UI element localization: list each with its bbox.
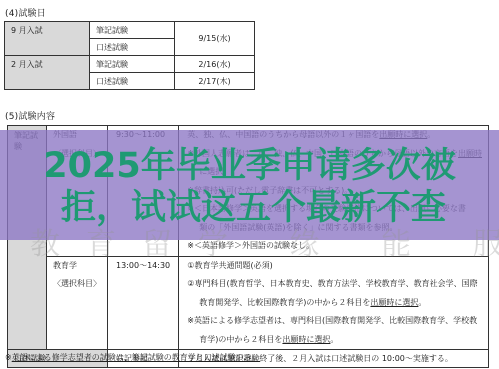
- detail-line: 教育開発学、比較国際教育学)の中から２科目を出願時に選択。: [187, 294, 482, 313]
- detail-cell: ①教育学共通問題(必須) ②専門科目(教育哲学、日本教育史、教育方法学、学校教育…: [179, 256, 489, 350]
- table-row-education: 教育学 〈選択科目〉 13:00～14:30 ①教育学共通問題(必須) ②専門科…: [8, 256, 489, 350]
- date-cell: 9/15(水): [175, 22, 255, 56]
- exam-type-cell: 口述試験: [90, 73, 175, 90]
- date-cell: 2/17(木): [175, 73, 255, 90]
- table-row: 2 月入試 筆記試験 2/16(水): [5, 56, 255, 73]
- section-5-title: (5)試験内容: [5, 109, 55, 122]
- date-cell: 2/16(水): [175, 56, 255, 73]
- session-cell: 2 月入試: [5, 56, 90, 90]
- table-row: 9 月入試 筆記試験 9/15(水): [5, 22, 255, 39]
- exam-type-cell: 口述試験: [90, 39, 175, 56]
- subject-sub: 〈選択科目〉: [53, 275, 101, 294]
- footnote-mark: ※: [5, 353, 12, 362]
- footnote: ※英語による修学志望者の試験は、筆記試験の教育学と口述試験のみ。: [5, 352, 260, 363]
- detail-line: ※英語による修学志望者は、専門科目(国際教育開発学、比較国際教育学、学校教: [187, 312, 482, 331]
- exam-date-table: 9 月入試 筆記試験 9/15(水) 口述試験 2 月入試 筆記試験 2/16(…: [4, 21, 255, 90]
- section-4-title: (4)試験日: [5, 6, 46, 19]
- promo-headline-line-1[interactable]: 2025年毕业季申请多次被: [0, 146, 499, 186]
- footnote-text: 英語による修学志望者の試験は、筆記試験の教育学と口述試験のみ。: [12, 353, 260, 362]
- detail-line: ②専門科目(教育哲学、日本教育史、教育方法学、学校教育学、教育社会学、国際: [187, 275, 482, 294]
- session-cell: 9 月入試: [5, 22, 90, 56]
- time-cell: 13:00～14:30: [108, 256, 179, 350]
- exam-type-cell: 筆記試験: [90, 56, 175, 73]
- detail-line: 育学)の中から２科目を出願時に選択。: [187, 331, 482, 350]
- exam-type-cell: 筆記試験: [90, 22, 175, 39]
- subject-cell: 教育学 〈選択科目〉: [47, 256, 108, 350]
- promo-headline-line-2[interactable]: 拒，试试这五个最新不查: [0, 188, 499, 228]
